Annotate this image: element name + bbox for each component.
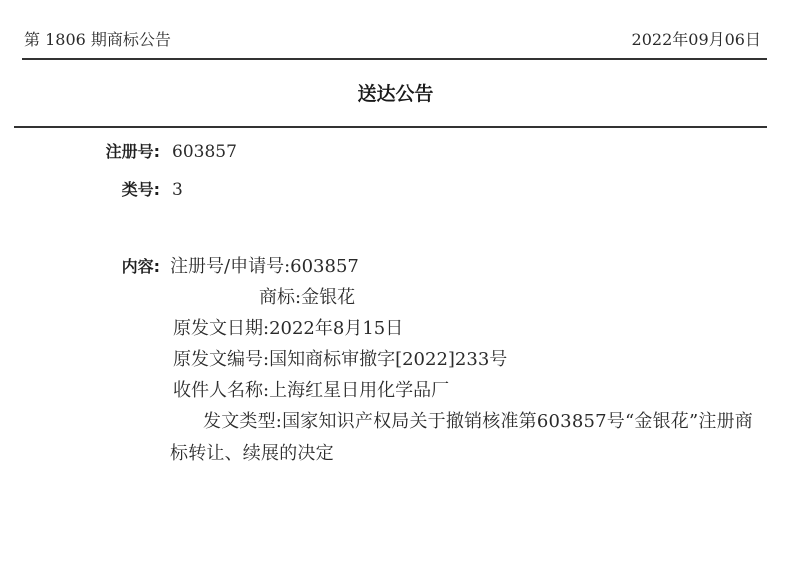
title-divider — [14, 126, 767, 128]
row-label: 原发文编号: — [173, 349, 269, 370]
row-label: 收件人名称: — [173, 380, 269, 401]
registration-no-label: 注册号: — [60, 141, 160, 163]
row-value: 金银花 — [301, 287, 355, 308]
page-title: 送达公告 — [0, 81, 791, 107]
publication-date: 2022年09月06日 — [632, 29, 761, 51]
content-row-trademark: 商标:金银花 — [259, 285, 355, 311]
content-label: 内容: — [60, 256, 160, 278]
row-label: 原发文日期: — [173, 318, 269, 339]
row-label: 发文类型: — [203, 411, 282, 432]
content-row-original-number: 原发文编号:国知商标审撤字[2022]233号 — [173, 347, 507, 373]
row-value: 2022年8月15日 — [269, 318, 403, 339]
content-row-doc-type: 发文类型:国家知识产权局关于撤销核准第603857号“金银花”注册商标转让、续展… — [170, 406, 768, 470]
row-value: 上海红星日用化学品厂 — [269, 380, 449, 401]
class-no-label: 类号: — [60, 179, 160, 201]
row-value: 603857 — [290, 256, 359, 277]
content-row-registration: 注册号/申请号:603857 — [170, 254, 359, 280]
content-row-original-date: 原发文日期:2022年8月15日 — [173, 316, 403, 342]
class-no-value: 3 — [172, 179, 183, 201]
row-value: 国知商标审撤字[2022]233号 — [269, 349, 507, 370]
content-row-recipient: 收件人名称:上海红星日用化学品厂 — [173, 378, 449, 404]
row-label: 商标: — [259, 287, 301, 308]
issue-number: 第 1806 期商标公告 — [24, 29, 171, 51]
row-label: 注册号/申请号: — [170, 256, 290, 277]
registration-no-value: 603857 — [172, 141, 237, 163]
header-divider — [22, 58, 767, 60]
